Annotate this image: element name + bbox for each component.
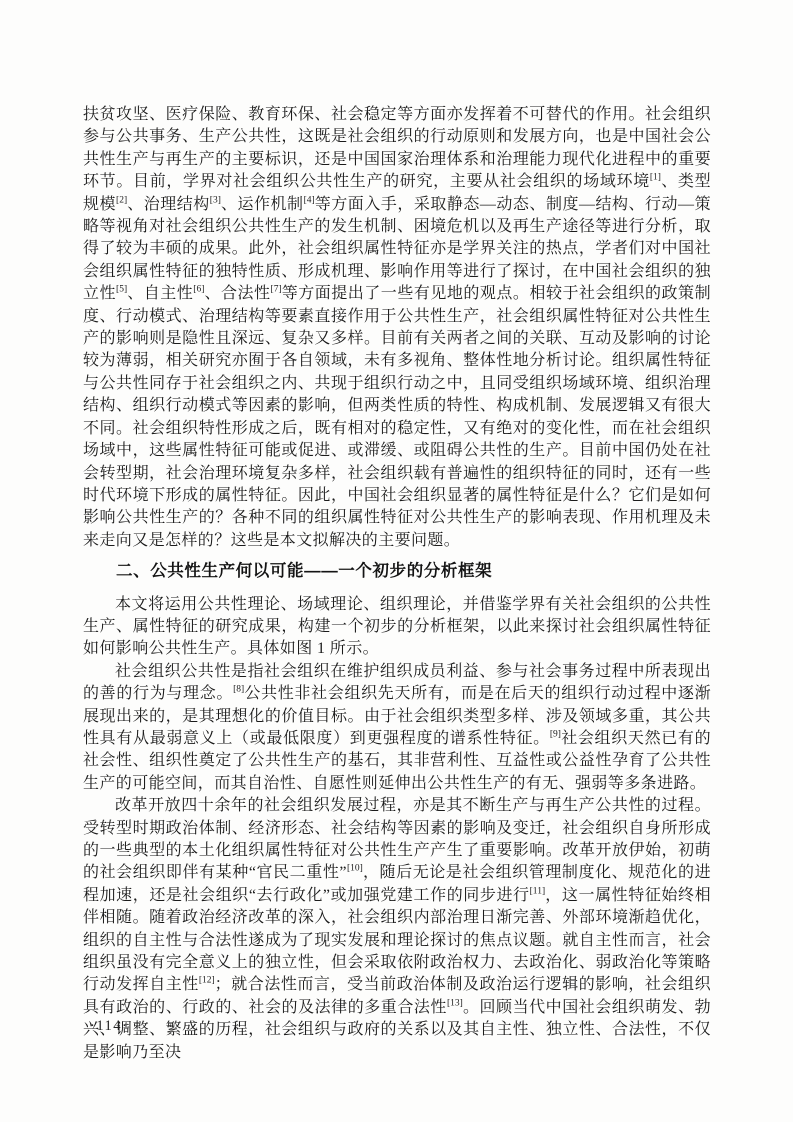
footnote-ref: [6]: [193, 285, 204, 295]
footnote-ref: [3]: [210, 195, 221, 205]
footnote-ref: [1]: [650, 173, 661, 183]
footnote-ref: [10]: [347, 864, 363, 874]
footnote-ref: [4]: [304, 195, 315, 205]
footnote-ref: [9]: [550, 730, 561, 740]
article-body: 扶贫攻坚、医疗保险、教育环保、社会稳定等方面亦发挥着不可替代的作用。社会组织参与…: [83, 104, 711, 1064]
footnote-ref: [13]: [447, 999, 463, 1009]
footnote-ref: [8]: [233, 685, 244, 695]
section-heading: 二、公共性生产何以可能——一个初步的分析框架: [83, 560, 711, 582]
footnote-ref: [11]: [530, 886, 545, 896]
journal-page: 扶贫攻坚、医疗保险、教育环保、社会稳定等方面亦发挥着不可替代的作用。社会组织参与…: [0, 0, 793, 1122]
footnote-ref: [5]: [116, 285, 127, 295]
body-paragraph: 本文将运用公共性理论、场域理论、组织理论，并借鉴学界有关社会组织的公共性生产、属…: [83, 594, 711, 661]
body-paragraph: 扶贫攻坚、医疗保险、教育环保、社会稳定等方面亦发挥着不可替代的作用。社会组织参与…: [83, 104, 711, 552]
footnote-ref: [12]: [199, 976, 215, 986]
footnote-ref: [2]: [116, 195, 127, 205]
body-paragraph: 社会组织公共性是指社会组织在维护组织成员利益、参与社会事务过程中所表现出的善的行…: [83, 661, 711, 795]
footnote-ref: [7]: [271, 285, 282, 295]
body-paragraph: 改革开放四十余年的社会组织发展过程，亦是其不断生产与再生产公共性的过程。受转型时…: [83, 795, 711, 1064]
page-number: ·114·: [90, 1018, 128, 1035]
